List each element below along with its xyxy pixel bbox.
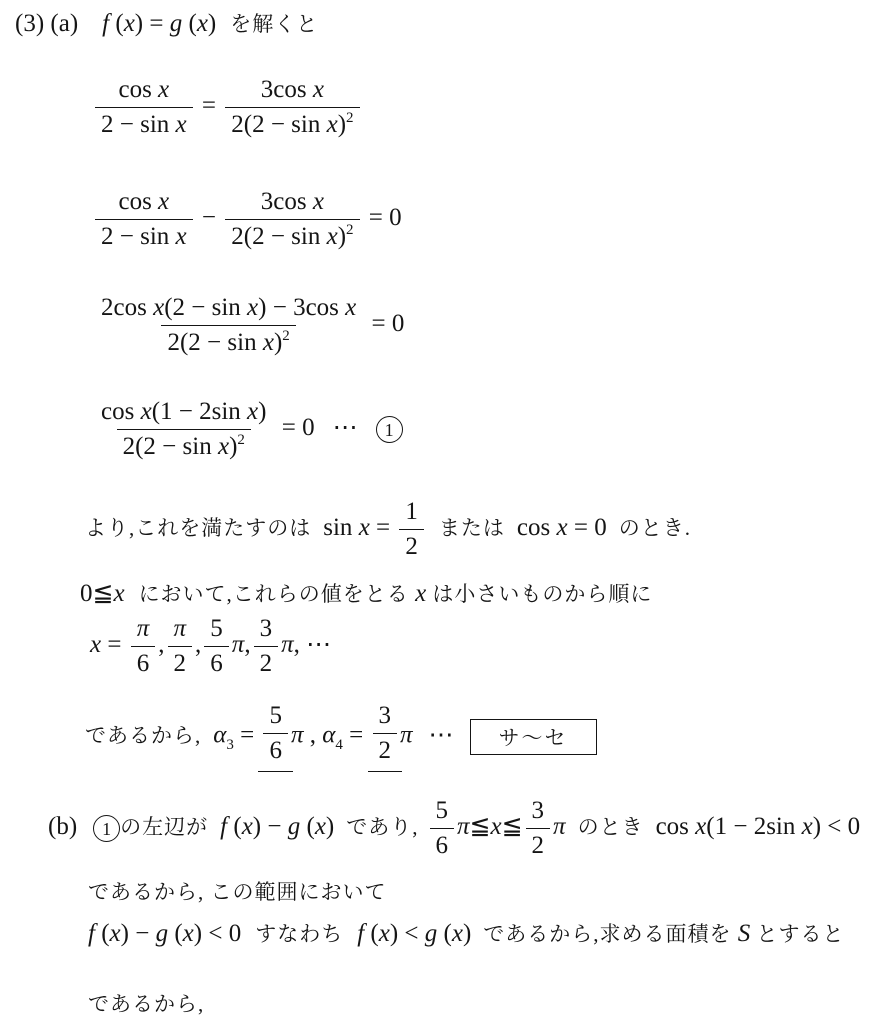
japanese-text: のとき	[578, 815, 644, 839]
subscript: 4	[335, 737, 343, 753]
math-text: 6	[137, 650, 150, 677]
part-b-inequality: f (x) − g (x) < 0すなわちf (x) < g (x)であるから,…	[88, 918, 845, 948]
math-text: 6	[269, 737, 282, 764]
math-variable: x	[183, 920, 194, 947]
fraction-underlined: 56	[263, 702, 288, 772]
math-text: = 0	[363, 204, 402, 231]
math-text: 5	[436, 797, 449, 824]
math-text: (1 − 2sin	[706, 813, 801, 840]
japanese-text: において,これらの値をとる	[139, 582, 409, 606]
fraction-underlined: 32	[373, 702, 398, 772]
math-variable: π	[174, 615, 187, 642]
math-text: )	[208, 10, 216, 37]
superscript: 2	[237, 432, 245, 448]
math-text: =	[234, 722, 261, 749]
math-text: 3	[379, 702, 392, 729]
math-variable: π	[553, 813, 566, 840]
answer-box: サ〜セ	[470, 719, 597, 755]
fraction-denominator: 2(2 − sin x)2	[225, 219, 359, 251]
japanese-text: であり,	[346, 815, 418, 839]
fraction-denominator: 2(2 − sin x)2	[161, 325, 295, 357]
math-variable: x	[158, 76, 169, 103]
math-text: (	[95, 920, 110, 947]
fraction: cos x(1 − 2sin x)2(2 − sin x)2	[95, 398, 272, 461]
math-variable: g	[425, 920, 438, 947]
circled-number-icon: 1	[93, 815, 120, 842]
japanese-text: であるから,求める面積を	[483, 922, 731, 946]
fraction: cos x2 − sin x	[95, 188, 193, 251]
math-variable: x	[490, 813, 501, 840]
solution-condition: より,これを満たすのはsin x = 12またはcos x = 0のとき.	[85, 498, 691, 561]
math-text: ) < 0	[194, 920, 241, 947]
equation-2: cos x2 − sin x − 3cos x2(2 − sin x)2 = 0	[92, 188, 402, 251]
fraction-numerator: 3cos x	[255, 188, 330, 219]
math-text: 6	[436, 832, 449, 859]
math-text: 6	[210, 650, 223, 677]
fraction-numerator: cos x	[112, 76, 175, 107]
fraction-numerator: 3	[373, 702, 398, 733]
fraction-denominator: 2 − sin x	[95, 107, 193, 139]
math-variable: x	[315, 813, 326, 840]
math-variable: x	[242, 813, 253, 840]
math-text: )	[338, 223, 346, 250]
japanese-text: を解くと	[230, 12, 318, 36]
math-text: =	[370, 514, 397, 541]
fraction: π6	[131, 615, 156, 678]
math-text: ) < 0	[813, 813, 860, 840]
fraction: 32	[254, 615, 279, 678]
japanese-text: の左辺が	[120, 815, 208, 839]
math-text: (b)	[48, 813, 77, 840]
math-text: ) =	[135, 10, 170, 37]
math-text: ≦	[470, 813, 491, 840]
fraction-numerator: 3	[254, 615, 279, 646]
fraction-denominator: 2	[373, 733, 398, 765]
math-text: ⋯	[429, 722, 454, 749]
fraction-numerator: cos x	[112, 188, 175, 219]
math-variable: x	[176, 111, 187, 138]
math-text: 3cos	[261, 76, 313, 103]
math-variable: x	[695, 813, 706, 840]
japanese-text: であるから,	[85, 724, 201, 748]
math-variable: g	[156, 920, 169, 947]
math-variable: x	[409, 580, 433, 607]
math-variable: x	[327, 111, 338, 138]
fraction-denominator: 6	[263, 733, 288, 765]
fraction-denominator: 6	[204, 646, 229, 678]
fraction-denominator: 2(2 − sin x)2	[225, 107, 359, 139]
math-variable: π	[281, 631, 294, 658]
math-text: 5	[210, 615, 223, 642]
superscript: 2	[282, 328, 290, 344]
math-text: 2	[260, 650, 273, 677]
math-variable: x	[452, 920, 463, 947]
x-values-line: x = π6,π2,56π,32π, ⋯	[90, 615, 331, 678]
japanese-text: すなわち	[255, 922, 343, 946]
math-text: sin	[323, 514, 358, 541]
math-text: cos	[118, 188, 158, 215]
math-text: ) − 3cos	[258, 294, 345, 321]
range-note: 0≦xにおいて,これらの値をとる x は小さいものから順に	[80, 578, 652, 608]
math-text: (3) (a)	[15, 10, 78, 37]
math-text: )	[463, 920, 471, 947]
math-text: 2	[379, 737, 392, 764]
math-variable: x	[113, 580, 124, 607]
math-variable: x	[802, 813, 813, 840]
math-text: )	[258, 398, 266, 425]
math-variable: π	[291, 722, 304, 749]
math-text: = 0	[365, 310, 404, 337]
part-b-closing: であるから,	[88, 988, 204, 1018]
fraction-denominator: 6	[131, 646, 156, 678]
math-text: 2cos	[101, 294, 153, 321]
math-text: 2(2 − sin	[123, 433, 218, 460]
math-text: −	[196, 204, 223, 231]
math-variable: α	[322, 722, 335, 749]
math-text: 1	[405, 498, 418, 525]
japanese-text: より,これを満たすのは	[85, 516, 311, 540]
fraction: 56	[204, 615, 229, 678]
math-variable: x	[247, 294, 258, 321]
fraction: π2	[168, 615, 193, 678]
math-variable: x	[90, 631, 101, 658]
part-b-intro: (b)1の左辺がf (x) − g (x)であり,56π≦x≦32πのときcos…	[48, 797, 860, 860]
heading-line: (3) (a)f (x) = g (x)を解くと	[15, 8, 318, 38]
fraction: 32	[526, 797, 551, 860]
math-text: (	[182, 10, 197, 37]
math-text: 2(2 − sin	[231, 223, 326, 250]
fraction: 56	[430, 797, 455, 860]
math-text: ⋯	[333, 414, 358, 441]
math-text: ,	[195, 631, 201, 658]
math-variable: x	[359, 514, 370, 541]
math-text: = 0	[568, 514, 607, 541]
math-variable: x	[345, 294, 356, 321]
fraction-numerator: 3cos x	[255, 76, 330, 107]
math-text: cos	[656, 813, 696, 840]
fraction-denominator: 2	[168, 646, 193, 678]
math-text: 2	[532, 832, 545, 859]
math-text: 0≦	[80, 580, 113, 607]
math-variable: x	[141, 398, 152, 425]
math-variable: S	[732, 920, 757, 947]
fraction-numerator: 3	[526, 797, 551, 828]
fraction-denominator: 6	[430, 828, 455, 860]
math-variable: α	[213, 722, 226, 749]
math-variable: x	[176, 223, 187, 250]
alpha-values-line: であるから,α3 = 56π , α4 = 32π⋯サ〜セ	[85, 702, 597, 772]
math-text: (	[168, 920, 183, 947]
equation-3: 2cos x(2 − sin x) − 3cos x2(2 − sin x)2 …	[92, 294, 404, 357]
japanese-text: または	[439, 516, 505, 540]
fraction: 2cos x(2 − sin x) − 3cos x2(2 − sin x)2	[95, 294, 362, 357]
fraction-denominator: 2	[254, 646, 279, 678]
japanese-text: は小さいものから順に	[432, 582, 652, 606]
math-text: 2(2 − sin	[231, 111, 326, 138]
math-text: (	[109, 10, 124, 37]
math-text: (	[364, 920, 379, 947]
document-page: (3) (a)f (x) = g (x)を解くと cos x2 − sin x …	[0, 0, 880, 1024]
math-text: 3	[532, 797, 545, 824]
math-text: ,	[158, 631, 164, 658]
math-text: =	[196, 92, 223, 119]
math-variable: π	[457, 813, 470, 840]
math-variable: x	[218, 433, 229, 460]
math-variable: x	[379, 920, 390, 947]
fraction: 12	[399, 498, 424, 561]
math-variable: π	[232, 631, 245, 658]
math-text: cos	[118, 76, 158, 103]
math-variable: x	[313, 76, 324, 103]
japanese-text: のとき.	[619, 516, 691, 540]
equation-1: cos x2 − sin x = 3cos x2(2 − sin x)2	[92, 76, 363, 139]
math-text: 3	[260, 615, 273, 642]
japanese-text: であるから,	[88, 992, 204, 1016]
fraction-numerator: π	[131, 615, 156, 646]
math-text: )	[326, 813, 334, 840]
part-b-note: であるから, この範囲において	[88, 876, 387, 906]
math-text: =	[101, 631, 128, 658]
subscript: 3	[226, 737, 234, 753]
math-variable: π	[137, 615, 150, 642]
math-text: (	[227, 813, 242, 840]
math-text: (1 − 2sin	[152, 398, 247, 425]
math-text: 5	[269, 702, 282, 729]
math-text: , ⋯	[294, 631, 332, 658]
math-text: (	[300, 813, 315, 840]
math-text: ≦	[502, 813, 523, 840]
fraction-numerator: 1	[399, 498, 424, 529]
fraction-numerator: π	[168, 615, 193, 646]
japanese-text: であるから, この範囲において	[88, 880, 387, 904]
math-text: cos	[101, 398, 141, 425]
math-text: 2 − sin	[101, 223, 176, 250]
math-variable: g	[288, 813, 301, 840]
math-text: = 0	[275, 414, 314, 441]
fraction-denominator: 2	[526, 828, 551, 860]
fraction-denominator: 2	[399, 529, 424, 561]
math-text: (	[437, 920, 452, 947]
math-variable: x	[556, 514, 567, 541]
math-variable: x	[327, 223, 338, 250]
math-variable: π	[400, 722, 413, 749]
math-variable: x	[313, 188, 324, 215]
fraction-denominator: 2(2 − sin x)2	[117, 429, 251, 461]
fraction-denominator: 2 − sin x	[95, 219, 193, 251]
math-text: ,	[304, 722, 323, 749]
fraction: cos x2 − sin x	[95, 76, 193, 139]
math-text: 2	[174, 650, 187, 677]
superscript: 2	[346, 222, 354, 238]
fraction-numerator: cos x(1 − 2sin x)	[95, 398, 272, 429]
math-variable: x	[263, 329, 274, 356]
math-text: 2 − sin	[101, 111, 176, 138]
math-variable: f	[88, 920, 95, 947]
math-text: 2	[405, 533, 418, 560]
math-text: =	[343, 722, 370, 749]
fraction: 3cos x2(2 − sin x)2	[225, 76, 359, 139]
math-variable: g	[170, 10, 183, 37]
math-text: 3cos	[261, 188, 313, 215]
math-text: 2(2 − sin	[167, 329, 262, 356]
japanese-text: とすると	[757, 922, 845, 946]
math-variable: x	[247, 398, 258, 425]
math-text: ) −	[121, 920, 156, 947]
fraction: 3cos x2(2 − sin x)2	[225, 188, 359, 251]
fraction-numerator: 2cos x(2 − sin x) − 3cos x	[95, 294, 362, 325]
superscript: 2	[346, 110, 354, 126]
math-variable: x	[124, 10, 135, 37]
math-text: )	[338, 111, 346, 138]
circled-number-icon: 1	[376, 416, 403, 443]
fraction-numerator: 5	[204, 615, 229, 646]
fraction-numerator: 5	[430, 797, 455, 828]
math-text: (2 − sin	[164, 294, 247, 321]
equation-4: cos x(1 − 2sin x)2(2 − sin x)2 = 0⋯1	[92, 398, 403, 461]
math-text: cos	[517, 514, 557, 541]
math-variable: x	[153, 294, 164, 321]
math-text: ) −	[253, 813, 288, 840]
math-text: ,	[244, 631, 250, 658]
math-variable: x	[110, 920, 121, 947]
fraction-numerator: 5	[263, 702, 288, 733]
math-variable: x	[158, 188, 169, 215]
math-variable: x	[197, 10, 208, 37]
math-text: ) <	[390, 920, 425, 947]
